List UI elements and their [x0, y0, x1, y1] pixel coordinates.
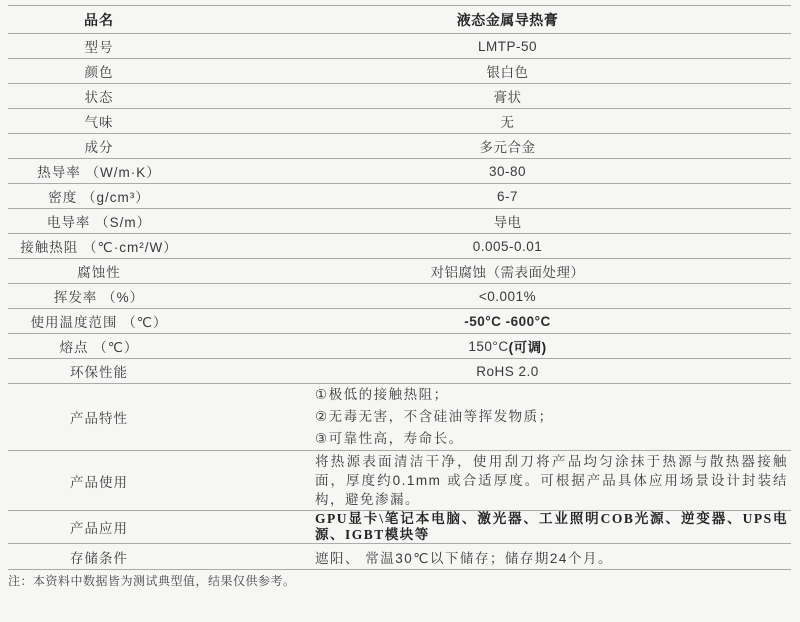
spec-row-model: 型号 LMTP-50	[8, 34, 791, 59]
row-label: 挥发率 （%）	[8, 284, 190, 308]
applications-text: GPU显卡\笔记本电脑、激光器、工业照明COB光源、逆变器、UPS电源、IGBT…	[315, 511, 788, 543]
row-label: 环保性能	[8, 359, 190, 383]
row-value: 遮阳、 常温30℃以下储存；储存期24个月。	[190, 544, 791, 569]
row-value: 将热源表面清洁干净，使用刮刀将产品均匀涂抹于热源与散热器接触面，厚度约0.1mm…	[190, 451, 791, 510]
row-label: 成分	[8, 134, 190, 158]
row-value: RoHS 2.0	[190, 359, 791, 383]
row-value: -50°C -600°C	[190, 309, 791, 333]
row-label: 品名	[8, 6, 190, 33]
row-label: 热导率 （W/m·K）	[8, 159, 190, 183]
spec-row-operating-temp-range: 使用温度范围 （℃） -50°C -600°C	[8, 309, 791, 334]
spec-row-usage: 产品使用 将热源表面清洁干净，使用刮刀将产品均匀涂抹于热源与散热器接触面，厚度约…	[8, 451, 791, 511]
row-value: 0.005-0.01	[190, 234, 791, 258]
spec-row-storage: 存储条件 遮阳、 常温30℃以下储存；储存期24个月。	[8, 544, 791, 570]
row-label: 密度 （g/cm³）	[8, 184, 190, 208]
spec-row-environmental: 环保性能 RoHS 2.0	[8, 359, 791, 384]
row-label: 接触热阻 （℃·cm²/W）	[8, 234, 190, 258]
row-label: 存储条件	[8, 544, 190, 569]
footnote: 注：本资料中数据皆为测试典型值，结果仅供参考。	[8, 572, 296, 589]
spec-row-contact-resistance: 接触热阻 （℃·cm²/W） 0.005-0.01	[8, 234, 791, 259]
feature-line-1: ①极低的接触热阻；	[315, 384, 449, 406]
row-value: 液态金属导热膏	[190, 6, 791, 33]
spec-row-features: 产品特性 ①极低的接触热阻； ②无毒无害，不含硅油等挥发物质； ③可靠性高，寿命…	[8, 384, 791, 451]
product-spec-table: 品名 液态金属导热膏 型号 LMTP-50 颜色 银白色 状态 膏状 气味 无 …	[8, 5, 791, 570]
row-label: 腐蚀性	[8, 259, 190, 283]
spec-row-density: 密度 （g/cm³） 6-7	[8, 184, 791, 209]
row-label: 产品特性	[8, 384, 190, 450]
row-value: GPU显卡\笔记本电脑、激光器、工业照明COB光源、逆变器、UPS电源、IGBT…	[190, 511, 791, 543]
row-value: <0.001%	[190, 284, 791, 308]
spec-row-composition: 成分 多元合金	[8, 134, 791, 159]
spec-row-corrosiveness: 腐蚀性 对铝腐蚀（需表面处理）	[8, 259, 791, 284]
row-value: 30-80	[190, 159, 791, 183]
row-label: 熔点 （℃）	[8, 334, 190, 358]
spec-row-state: 状态 膏状	[8, 84, 791, 109]
spec-row-thermal-conductivity: 热导率 （W/m·K） 30-80	[8, 159, 791, 184]
spec-row-electrical-conductivity: 电导率 （S/m） 导电	[8, 209, 791, 234]
melting-point-value: 150°C	[468, 339, 508, 354]
row-value: 无	[190, 109, 791, 133]
row-label: 产品应用	[8, 511, 190, 543]
row-label: 产品使用	[8, 451, 190, 510]
spec-row-product-name: 品名 液态金属导热膏	[8, 6, 791, 34]
row-value: 150°C (可调)	[190, 334, 791, 358]
melting-point-adjustable-note: (可调)	[509, 336, 547, 356]
row-value: 6-7	[190, 184, 791, 208]
spec-row-color: 颜色 银白色	[8, 59, 791, 84]
row-value: 对铝腐蚀（需表面处理）	[190, 259, 791, 283]
row-value: ①极低的接触热阻； ②无毒无害，不含硅油等挥发物质； ③可靠性高，寿命长。	[190, 384, 791, 450]
spec-row-melting-point: 熔点 （℃） 150°C (可调)	[8, 334, 791, 359]
spec-row-odor: 气味 无	[8, 109, 791, 134]
row-label: 状态	[8, 84, 190, 108]
row-value: LMTP-50	[190, 34, 791, 58]
row-label: 气味	[8, 109, 190, 133]
row-label: 电导率 （S/m）	[8, 209, 190, 233]
row-label: 颜色	[8, 59, 190, 83]
row-value: 银白色	[190, 59, 791, 83]
row-value: 多元合金	[190, 134, 791, 158]
row-label: 使用温度范围 （℃）	[8, 309, 190, 333]
row-value: 膏状	[190, 84, 791, 108]
row-value: 导电	[190, 209, 791, 233]
row-label: 型号	[8, 34, 190, 58]
feature-line-3: ③可靠性高，寿命长。	[315, 428, 464, 450]
spec-row-volatility: 挥发率 （%） <0.001%	[8, 284, 791, 309]
spec-row-applications: 产品应用 GPU显卡\笔记本电脑、激光器、工业照明COB光源、逆变器、UPS电源…	[8, 511, 791, 544]
usage-text: 将热源表面清洁干净，使用刮刀将产品均匀涂抹于热源与散热器接触面，厚度约0.1mm…	[315, 452, 788, 509]
feature-line-2: ②无毒无害，不含硅油等挥发物质；	[315, 406, 554, 428]
